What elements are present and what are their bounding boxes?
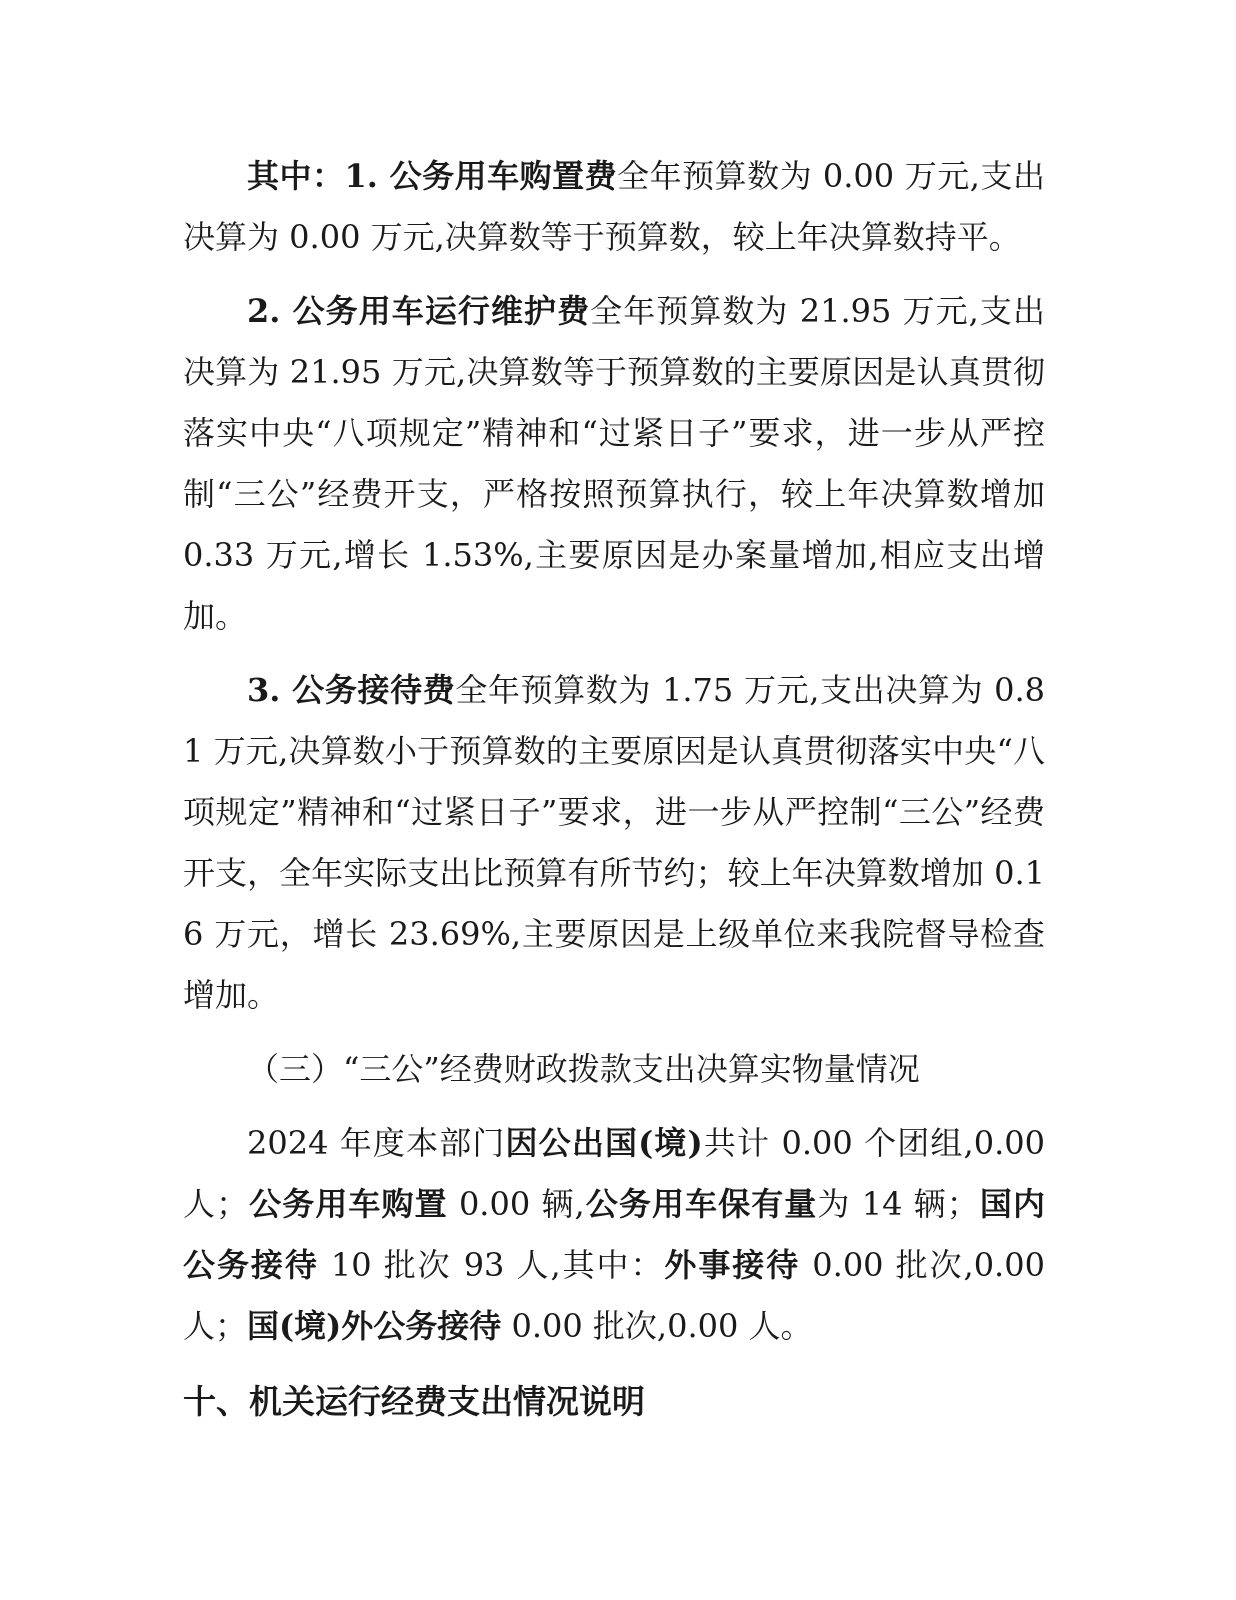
chapter-heading-agency-operating-expenses: 十、机关运行经费支出情况说明	[183, 1371, 1045, 1432]
text-run: 2. 公务用车运行维护费	[247, 292, 590, 330]
text-run: 0.00 辆,	[448, 1185, 585, 1223]
text-run: 全年预算数为 1.75 万元,支出决算为 0.81 万元,决算数小于预算数的主要…	[183, 671, 1045, 1014]
para-vehicle-maintenance-fee: 2. 公务用车运行维护费全年预算数为 21.95 万元,支出决算为 21.95 …	[183, 281, 1045, 647]
para-official-reception-fee: 3. 公务接待费全年预算数为 1.75 万元,支出决算为 0.81 万元,决算数…	[183, 660, 1045, 1026]
document-body: 其中：1. 公务用车购置费全年预算数为 0.00 万元,支出决算为 0.00 万…	[183, 146, 1045, 1445]
text-run: 公务用车保有量	[585, 1185, 818, 1223]
text-run: 全年预算数为 21.95 万元,支出决算为 21.95 万元,决算数等于预算数的…	[183, 292, 1045, 635]
text-run: 其中：1. 公务用车购置费	[247, 157, 617, 195]
text-run: 公务用车购置	[248, 1185, 448, 1223]
text-run: （三）“三公”经费财政拨款支出决算实物量情况	[247, 1050, 920, 1088]
section-heading-three-public-physical-quantity: （三）“三公”经费财政拨款支出决算实物量情况	[183, 1039, 1045, 1100]
text-run: 因公出国(境)	[506, 1124, 703, 1162]
text-run: 3. 公务接待费	[247, 671, 455, 709]
document-page: 其中：1. 公务用车购置费全年预算数为 0.00 万元,支出决算为 0.00 万…	[0, 0, 1236, 1600]
text-run: 十、机关运行经费支出情况说明	[183, 1382, 645, 1421]
text-run: 0.00 批次,0.00 人。	[501, 1307, 812, 1345]
text-run: 国(境)外公务接待	[247, 1307, 501, 1345]
text-run: 外事接待	[664, 1246, 800, 1284]
text-run: 为 14 辆；	[817, 1185, 978, 1223]
para-physical-quantity-details: 2024 年度本部门因公出国(境)共计 0.00 个团组,0.00 人；公务用车…	[183, 1113, 1045, 1357]
text-run: 10 批次 93 人,其中：	[319, 1246, 665, 1284]
text-run: 2024 年度本部门	[247, 1124, 506, 1162]
para-vehicle-purchase-fee: 其中：1. 公务用车购置费全年预算数为 0.00 万元,支出决算为 0.00 万…	[183, 146, 1045, 268]
